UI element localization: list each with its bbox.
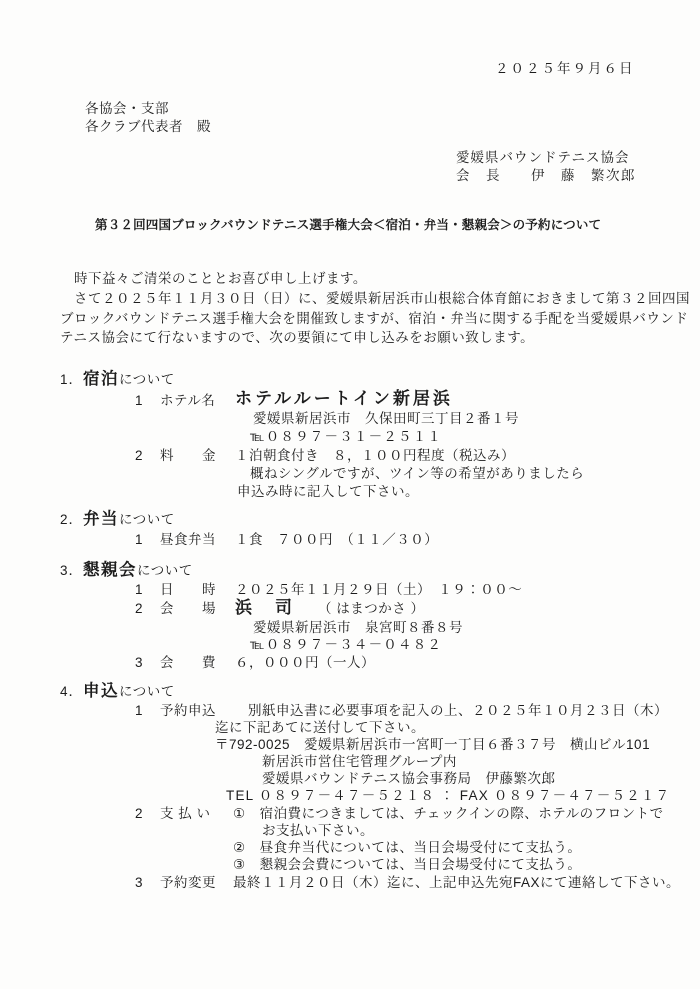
payment-note-1-line-2: お支払い下さい。 xyxy=(262,823,374,840)
section-2-keyword: 弁当 xyxy=(83,510,119,528)
reserve-item-number: 1 xyxy=(135,703,143,720)
section-2-suffix: について xyxy=(119,512,175,527)
body-line-1: さて２０２５年１１月３０日（日）に、愛媛県新居浜市山根総合体育館におきまして第３… xyxy=(74,291,690,308)
banquet-fee-label: 会 費 xyxy=(160,655,216,672)
fee-item-number: 2 xyxy=(135,448,143,465)
reserve-tel-fax: TEL ０８９７－４７－５２１８ ： FAX ０８９７－４７－５２１７ xyxy=(226,788,670,805)
section-4-heading: 4．申込について xyxy=(60,681,175,702)
hotel-address: 愛媛県新居浜市 久保田町三丁目２番１号 xyxy=(253,411,519,428)
banquet-datetime-number: 1 xyxy=(135,582,143,599)
sender-president: 会 長 伊 藤 繁次郎 xyxy=(456,168,636,185)
section-1-keyword: 宿泊 xyxy=(83,370,119,388)
fee-item-label: 料 金 xyxy=(160,448,216,465)
section-1-number: 1． xyxy=(60,372,83,387)
lunch-item-number: 1 xyxy=(135,532,143,549)
fee-note-1: 概ねシングルですが、ツイン等の希望がありましたら xyxy=(250,466,584,483)
reserve-postal-address: 〒792-0025 愛媛県新居浜市一宮町一丁目６番３７号 横山ビル101 xyxy=(215,737,650,754)
section-2-number: 2． xyxy=(60,512,83,527)
banquet-venue-address: 愛媛県新居浜市 泉宮町８番８号 xyxy=(253,620,463,637)
reserve-office-contact: 愛媛県バウンドテニス協会事務局 伊藤繁次郎 xyxy=(262,771,555,788)
section-3-number: 3． xyxy=(60,563,83,578)
banquet-venue-name: 浜 司 xyxy=(235,597,295,618)
lunch-value: １食 ７００円 （１１／３０） xyxy=(235,532,438,549)
change-item-label: 予約変更 xyxy=(160,875,216,892)
banquet-venue-label: 会 場 xyxy=(160,601,216,618)
reserve-line-2: 迄に下記あてに送付して下さい。 xyxy=(215,720,425,737)
recipient-line-1: 各協会・支部 xyxy=(85,101,169,118)
reserve-item-label: 予約申込 xyxy=(160,703,216,720)
reserve-address-line-2: 新居浜市営住宅管理グループ内 xyxy=(262,754,457,771)
payment-note-2: ② 昼食弁当代については、当日会場受付にて支払う。 xyxy=(233,840,581,857)
section-3-keyword: 懇親会 xyxy=(83,561,137,579)
banquet-fee-number: 3 xyxy=(135,655,143,672)
banquet-venue-reading: （ はまつかさ ） xyxy=(318,601,425,618)
recipient-line-2: 各クラブ代表者 殿 xyxy=(85,119,211,136)
document-date: ２０２５年９月６日 xyxy=(495,61,635,78)
banquet-venue-number: 2 xyxy=(135,601,143,618)
hotel-phone: ℡０８９７－３１－２５１１ xyxy=(250,429,442,446)
section-3-suffix: について xyxy=(137,563,193,578)
hotel-item-number: 1 xyxy=(135,393,143,410)
sender-organization: 愛媛県バウンドテニス協会 xyxy=(456,150,629,167)
reserve-line-1: 別紙申込書に必要事項を記入の上、２０２５年１０月２３日（木） xyxy=(248,703,668,720)
section-4-suffix: について xyxy=(119,684,175,699)
payment-item-number: 2 xyxy=(135,806,143,823)
section-2-heading: 2．弁当について xyxy=(60,509,175,530)
banquet-datetime-label: 日 時 xyxy=(160,582,216,599)
payment-note-3: ③ 懇親会会費については、当日会場受付にて支払う。 xyxy=(233,857,581,874)
body-line-2: ブロックバウンドテニス選手権大会を開催致しますが、宿泊・弁当に関する手配を当愛媛… xyxy=(60,311,688,328)
change-item-number: 3 xyxy=(135,875,143,892)
hotel-name: ホテルルートイン新居浜 xyxy=(235,388,453,409)
greeting-line: 時下益々ご清栄のこととお喜び申し上げます。 xyxy=(74,271,367,288)
hotel-item-label: ホテル名 xyxy=(160,393,215,410)
banquet-venue-phone: ℡０８９７－３４－０４８２ xyxy=(250,637,442,654)
section-1-suffix: について xyxy=(119,372,175,387)
lunch-item-label: 昼食弁当 xyxy=(160,532,216,549)
section-4-number: 4． xyxy=(60,684,83,699)
change-value: 最終１１月２０日（木）迄に、上記申込先宛FAXにて連絡して下さい。 xyxy=(233,875,680,892)
scanned-letter-page: ２０２５年９月６日 各協会・支部 各クラブ代表者 殿 愛媛県バウンドテニス協会 … xyxy=(0,0,700,989)
payment-note-1-line-1: ① 宿泊費につきましては、チェックインの際、ホテルのフロントで xyxy=(233,806,664,823)
payment-item-label: 支 払 い xyxy=(160,806,211,823)
body-line-3: テニス協会にて行ないますので、次の要領にて申し込みをお願い致します。 xyxy=(60,330,534,347)
banquet-fee-value: ６，０００円（一人） xyxy=(235,655,375,672)
section-3-heading: 3．懇親会について xyxy=(60,560,193,581)
fee-value: １泊朝食付き ８，１００円程度（税込み） xyxy=(235,448,515,465)
section-4-keyword: 申込 xyxy=(83,682,119,700)
fee-note-2: 申込み時に記入して下さい。 xyxy=(237,484,419,501)
section-1-heading: 1．宿泊について xyxy=(60,369,175,390)
document-title: 第３２回四国ブロックバウンドテニス選手権大会＜宿泊・弁当・懇親会＞の予約について xyxy=(95,218,601,234)
